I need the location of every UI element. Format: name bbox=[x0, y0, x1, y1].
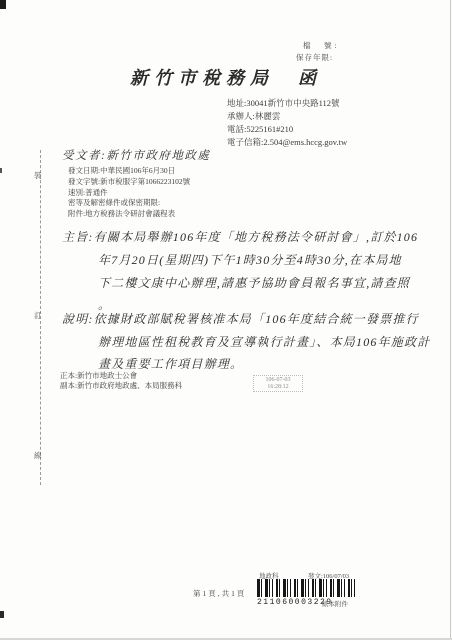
scan-speck-top-left bbox=[0, 0, 6, 9]
subject-line-2: 年7月20日(星期四)下午1時30分至4時30分,在本局地 bbox=[98, 251, 402, 268]
sender-phone: 電話:5225161#210 bbox=[227, 123, 347, 136]
subject-label: 主旨: bbox=[62, 230, 94, 244]
binding-mark-ding: 訂 bbox=[34, 310, 42, 321]
binding-mark-zhuang: 裝 bbox=[34, 170, 42, 181]
sender-info-block: 地址:30041新竹市中央路112號 承辦人:林麗雲 電話:5225161#21… bbox=[227, 97, 347, 149]
document-barcode bbox=[257, 579, 355, 597]
scan-speck-left-lower bbox=[0, 611, 4, 618]
page-number-info: 第1頁,共1頁 bbox=[193, 588, 246, 599]
subject-text-1: 有關本局舉辦106年度「地方稅務法令研討會」,訂於106 bbox=[94, 230, 419, 244]
cc-copy-line: 副本:新竹市政府地政處、本局服務科 bbox=[60, 381, 182, 391]
reference-number-line: 發文字號:新市稅服字第1066223102號 bbox=[68, 177, 190, 188]
explanation-line-2: 辦理地區性租稅教育及宣導執行計畫」、本局106年施政計 bbox=[98, 333, 430, 350]
sender-address: 地址:30041新竹市中央路112號 bbox=[227, 97, 347, 110]
timestamp-stamp: 106-07-03 16:28:12 bbox=[253, 375, 303, 392]
recipient-line: 受文者:新竹市政府地政處 bbox=[62, 147, 210, 163]
explanation-label: 說明: bbox=[62, 312, 94, 326]
file-number-label: 檔 號: bbox=[303, 40, 340, 51]
scanned-official-letter: 檔 號: 保存年限: 新竹市稅務局 函 地址:30041新竹市中央路112號 承… bbox=[0, 0, 452, 640]
subject-line-3: 下二樓文康中心辦理,請惠予協助會員報名事宜,請查照 bbox=[98, 274, 410, 291]
scan-speck-left-upper bbox=[0, 168, 2, 173]
sender-contact-person: 承辦人:林麗雲 bbox=[227, 110, 347, 123]
barcode-attachment-note: 紙本附件 bbox=[322, 599, 348, 608]
priority-line: 速別:普通件 bbox=[68, 188, 190, 199]
explanation-line-1: 說明:依據財政部賦稅署核准本局「106年度結合統一發票推行 bbox=[62, 310, 419, 327]
retention-period-label: 保存年限: bbox=[296, 52, 333, 63]
sender-email: 電子信箱:2.504@ems.hccg.gov.tw bbox=[227, 136, 347, 149]
stamp-time: 16:28:12 bbox=[256, 384, 300, 391]
explanation-text-1: 依據財政部賦稅署核准本局「106年度結合統一發票推行 bbox=[94, 312, 419, 326]
issue-date-line: 發文日期:中華民國106年6月30日 bbox=[68, 166, 190, 177]
original-copy-line: 正本:新竹市地政士公會 bbox=[60, 371, 137, 381]
classification-line: 密等及解密條件或保密期限: bbox=[68, 198, 190, 209]
subject-line-1: 主旨:有關本局舉辦106年度「地方稅務法令研討會」,訂於106 bbox=[62, 228, 418, 245]
attachment-line: 附件:地方稅務法令研討會議程表 bbox=[68, 209, 190, 220]
document-title: 新竹市稅務局 函 bbox=[0, 64, 452, 90]
explanation-line-3: 畫及重要工作項目辦理。 bbox=[98, 355, 243, 372]
binding-mark-xian: 線 bbox=[34, 450, 42, 461]
document-meta-block: 發文日期:中華民國106年6月30日 發文字號:新市稅服字第1066223102… bbox=[68, 166, 190, 220]
scan-edge-right bbox=[450, 0, 451, 640]
